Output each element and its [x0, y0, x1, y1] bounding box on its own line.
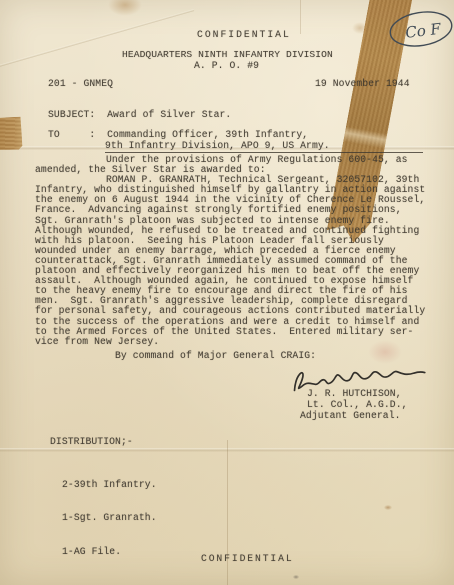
- citation-body: Under the provisions of Army Regulations…: [35, 155, 425, 347]
- classification-header: CONFIDENTIAL: [197, 30, 291, 40]
- stain-mark: [293, 575, 299, 579]
- signature-icon: [290, 363, 428, 395]
- stain-mark: [108, 0, 142, 16]
- underlined-address: 9th Infantry Division, APO 9, US Army.: [105, 141, 423, 153]
- distribution-label: DISTRIBUTION;-: [50, 437, 133, 447]
- distribution-item: 1-Sgt. Granrath.: [62, 512, 157, 523]
- to-line2: 9th Infantry Division, APO 9, US Army.: [105, 141, 423, 153]
- to-line1: TO : Commanding Officer, 39th Infantry,: [48, 130, 308, 140]
- letter-document: CONFIDENTIAL HEADQUARTERS NINTH INFANTRY…: [0, 0, 454, 585]
- letterhead-line1: HEADQUARTERS NINTH INFANTRY DIVISION: [122, 50, 333, 60]
- file-reference: 201 - GNMEQ: [48, 79, 113, 89]
- signer-rank: Lt. Col., A.G.D.,: [307, 400, 408, 410]
- signer-title: Adjutant General.: [300, 411, 401, 421]
- subject-line: SUBJECT: Award of Silver Star.: [48, 110, 231, 120]
- date-line: 19 November 1944: [315, 79, 410, 89]
- by-command-line: By command of Major General CRAIG:: [115, 351, 316, 361]
- tape-patch-icon: [0, 117, 23, 151]
- stain-mark: [384, 505, 392, 510]
- distribution-list: 2-39th Infantry. 1-Sgt. Granrath. 1-AG F…: [62, 456, 157, 580]
- top-crease: [300, 0, 301, 34]
- distribution-item: 2-39th Infantry.: [62, 479, 157, 490]
- handwritten-note-text: Co F: [404, 20, 442, 42]
- stain-mark: [352, 22, 368, 34]
- fold-crease-lower: [0, 448, 454, 452]
- handwritten-circle-note: Co F: [383, 3, 454, 55]
- letterhead-line2: A. P. O. #9: [194, 61, 259, 71]
- distribution-item: 1-AG File.: [62, 546, 157, 557]
- classification-footer: CONFIDENTIAL: [201, 554, 294, 564]
